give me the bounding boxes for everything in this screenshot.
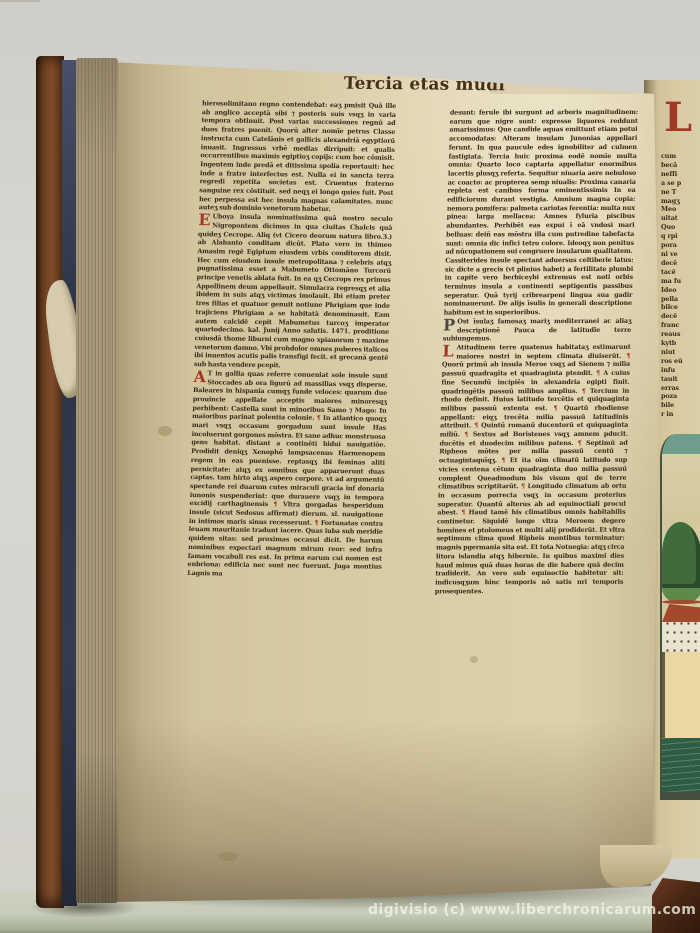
woodcut-water (662, 738, 700, 794)
paragraph: EUboya insula nominatissima quā nostro s… (194, 212, 393, 371)
rubric-pilcrow: ¶ (501, 456, 505, 464)
paragraph: desunt: ferule ibi surgunt ad arboris ma… (445, 108, 638, 257)
page-title: Tercia etas mūdi (343, 74, 505, 96)
rubric-pilcrow: ¶ (553, 404, 557, 412)
rubric-pilcrow: ¶ (521, 482, 525, 490)
rubric-pilcrow: ¶ (474, 422, 478, 430)
next-page-text-fragments: cum becā neffi a se p ne T magʒ Meo uita… (661, 152, 700, 419)
rubric-pilcrow: ¶ (582, 386, 586, 394)
lombard-initial: E (198, 212, 211, 227)
rubric-pilcrow: ¶ (578, 439, 582, 447)
lombard-initial: P (443, 317, 456, 332)
paragraph: AT in gallia quas referre conueniat sole… (187, 369, 388, 580)
paragraph: hierosolimitano regno contendebat: eaʒ p… (199, 99, 397, 215)
paragraph: Cassiterides insule spectant aduersus ce… (443, 256, 633, 318)
book-photograph: L cum becā neffi a se p ne T magʒ Meo ui… (0, 0, 700, 933)
woodcut-house (662, 622, 700, 652)
woodcut-wall (662, 652, 700, 738)
page-block-fore-edge (76, 58, 118, 903)
rubric-pilcrow: ¶ (596, 369, 600, 377)
woodcut-sky-band (662, 434, 700, 455)
text-column-1: hierosolimitano regno contendebat: eaʒ p… (187, 99, 396, 580)
woodcut-tree (662, 522, 700, 592)
rubric-pilcrow: ¶ (626, 351, 630, 359)
paragraph: POst īsulaʒ famosaʒ mariʒ mediterranei a… (443, 317, 632, 344)
next-page-lombard-initial: L (664, 98, 692, 138)
leather-cover-edge (36, 56, 64, 908)
blue-board-edge (62, 60, 77, 906)
digitization-watermark: digivisio (c) www.liberchronicarum.com (368, 902, 696, 918)
manuscript-page: Tercia etas mūdi hierosolimitano regno c… (98, 46, 674, 910)
rubric-pilcrow: ¶ (317, 414, 321, 422)
woodcut-frame-bottom (662, 792, 700, 800)
rubric-pilcrow: ¶ (314, 518, 318, 526)
lombard-initial: L (442, 343, 455, 358)
background-seam (0, 0, 40, 2)
rubric-pilcrow: ¶ (464, 430, 468, 438)
woodcut-pale-sky (662, 454, 700, 524)
woodcut-red-arc (662, 600, 700, 604)
paragraph: LAtitudinem terre quatenus habitataʒ est… (435, 343, 631, 596)
text-column-2: desunt: ferule ibi surgunt ad arboris ma… (435, 108, 638, 596)
page-content: Tercia etas mūdi hierosolimitano regno c… (73, 42, 676, 924)
woodcut-roof (662, 604, 700, 622)
woodcut-illustration-fragment (660, 434, 700, 800)
lombard-initial: A (193, 369, 206, 384)
rubric-pilcrow: ¶ (273, 501, 277, 509)
rubric-pilcrow: ¶ (461, 509, 465, 517)
